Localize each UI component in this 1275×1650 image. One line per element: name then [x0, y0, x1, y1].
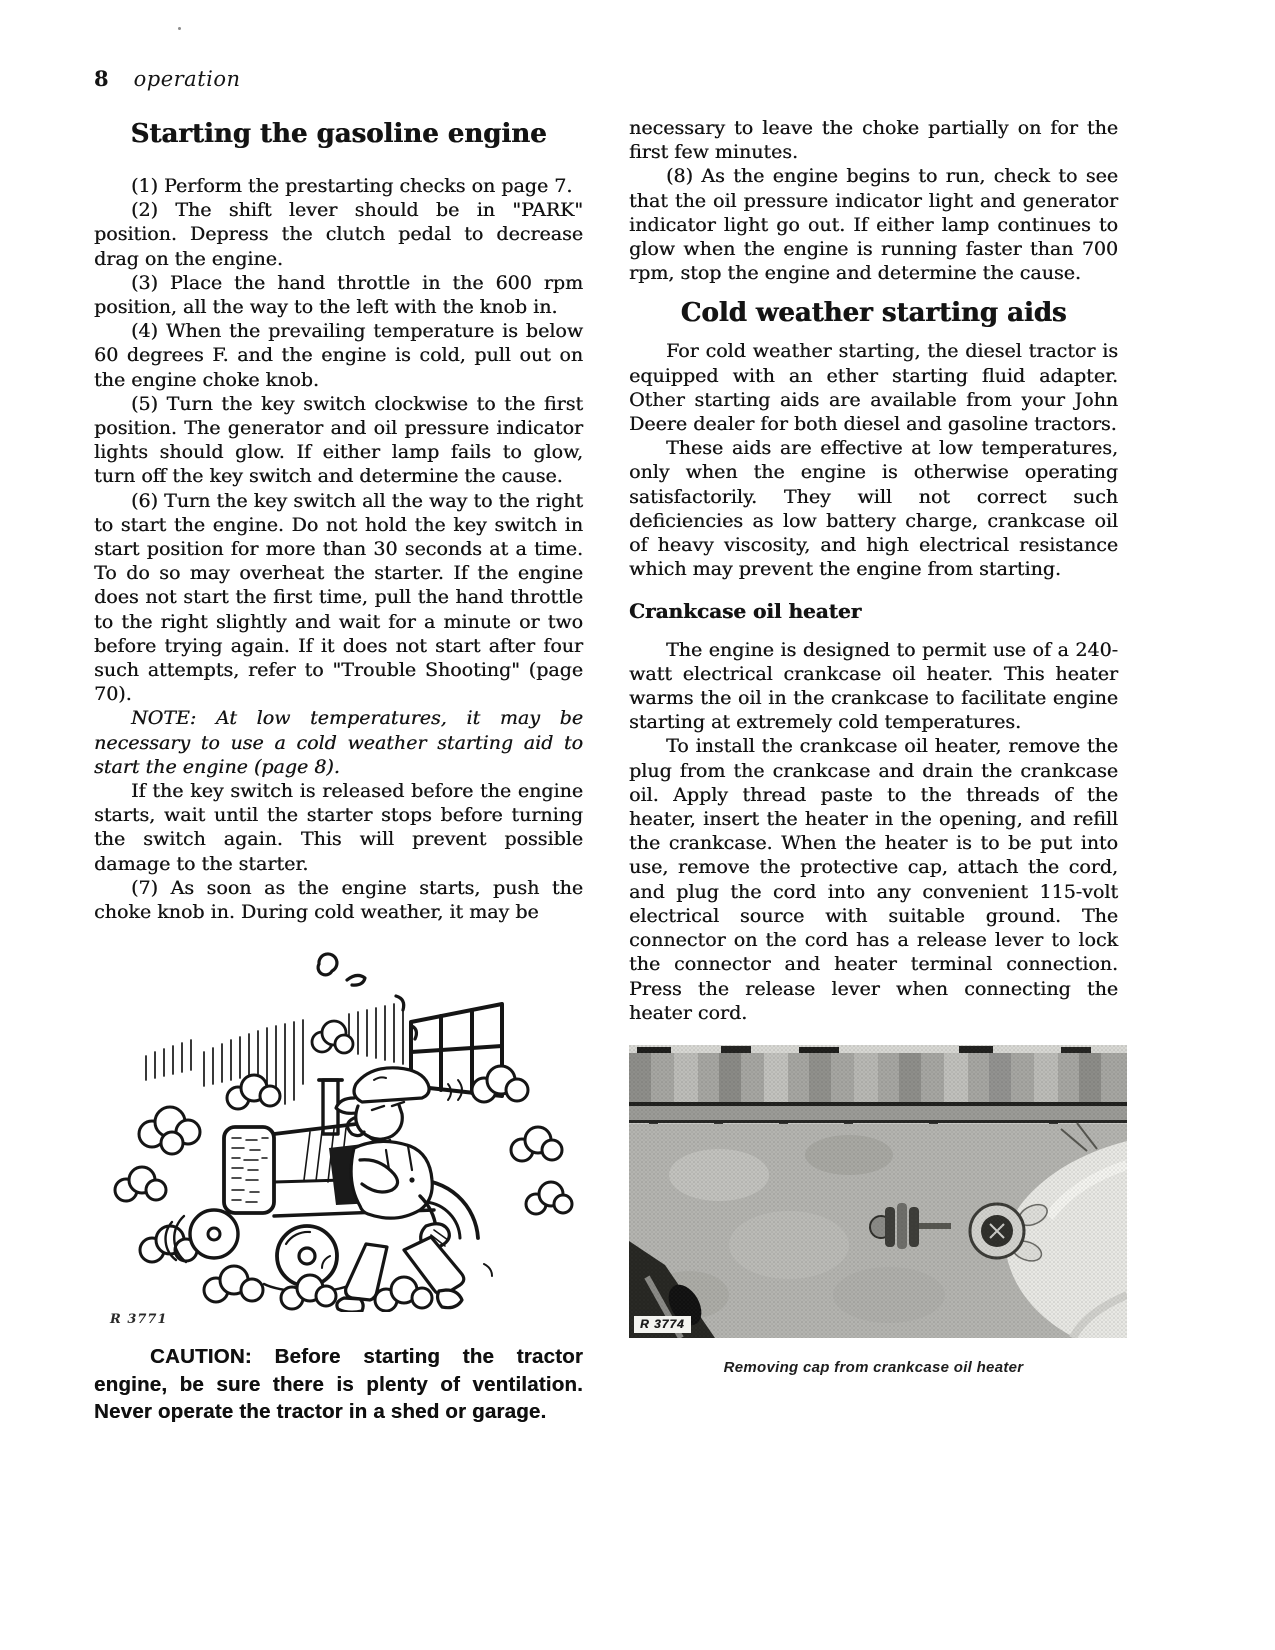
key-switch-paragraph: If the key switch is released before the… [94, 779, 583, 876]
figure-reference-label: R 3771 [110, 1312, 583, 1327]
caution-text: CAUTION: Before starting the tractor eng… [94, 1343, 583, 1426]
heater-paragraph-1: The engine is designed to permit use of … [629, 638, 1118, 735]
right-column-heading: Cold weather starting aids [629, 297, 1118, 329]
step-paragraph-5: (5) Turn the key switch clockwise to the… [94, 392, 583, 489]
step-paragraph-8: (8) As the engine begins to run, check t… [629, 164, 1118, 285]
heater-photo-figure: R 3774 Removing cap from crankcase oil h… [629, 1045, 1118, 1380]
step-paragraph-3: (3) Place the hand throttle in the 600 r… [94, 271, 583, 319]
step-paragraph-1: (1) Perform the prestarting checks on pa… [94, 174, 583, 198]
section-label: operation [134, 67, 241, 91]
step-paragraph-7: (7) As soon as the engine starts, push t… [94, 876, 583, 924]
note-paragraph: NOTE: At low temperatures, it may be nec… [94, 706, 583, 779]
cold-weather-paragraph-2: These aids are effective at low temperat… [629, 436, 1118, 581]
left-column: Starting the gasoline engine (1) Perform… [94, 108, 583, 1426]
heater-photo-frame: R 3774 [629, 1045, 1127, 1338]
manual-page: 8operation Starting the gasoline engine … [0, 0, 1275, 1650]
page-header: 8operation [94, 66, 241, 91]
tractor-cartoon-figure: R 3771 [94, 934, 583, 1327]
step-paragraph-4: (4) When the prevailing temperature is b… [94, 319, 583, 392]
right-column: necessary to leave the choke partially o… [629, 116, 1118, 1380]
step-paragraph-6: (6) Turn the key switch all the way to t… [94, 489, 583, 707]
crankcase-heater-subheading: Crankcase oil heater [629, 599, 1118, 623]
continuation-paragraph: necessary to leave the choke partially o… [629, 116, 1118, 164]
heater-paragraph-2: To install the crankcase oil heater, rem… [629, 734, 1118, 1024]
crankcase-heater-photo [629, 1045, 1127, 1338]
tractor-cartoon-illustration [104, 934, 574, 1312]
left-column-heading: Starting the gasoline engine [94, 118, 583, 150]
step-paragraph-2: (2) The shift lever should be in "PARK" … [94, 198, 583, 271]
photo-caption: Removing cap from crankcase oil heater [629, 1356, 1118, 1380]
cold-weather-paragraph-1: For cold weather starting, the diesel tr… [629, 339, 1118, 436]
photo-reference-label: R 3774 [634, 1316, 691, 1333]
scan-artifact-dot [178, 27, 181, 30]
page-number: 8 [94, 66, 110, 91]
